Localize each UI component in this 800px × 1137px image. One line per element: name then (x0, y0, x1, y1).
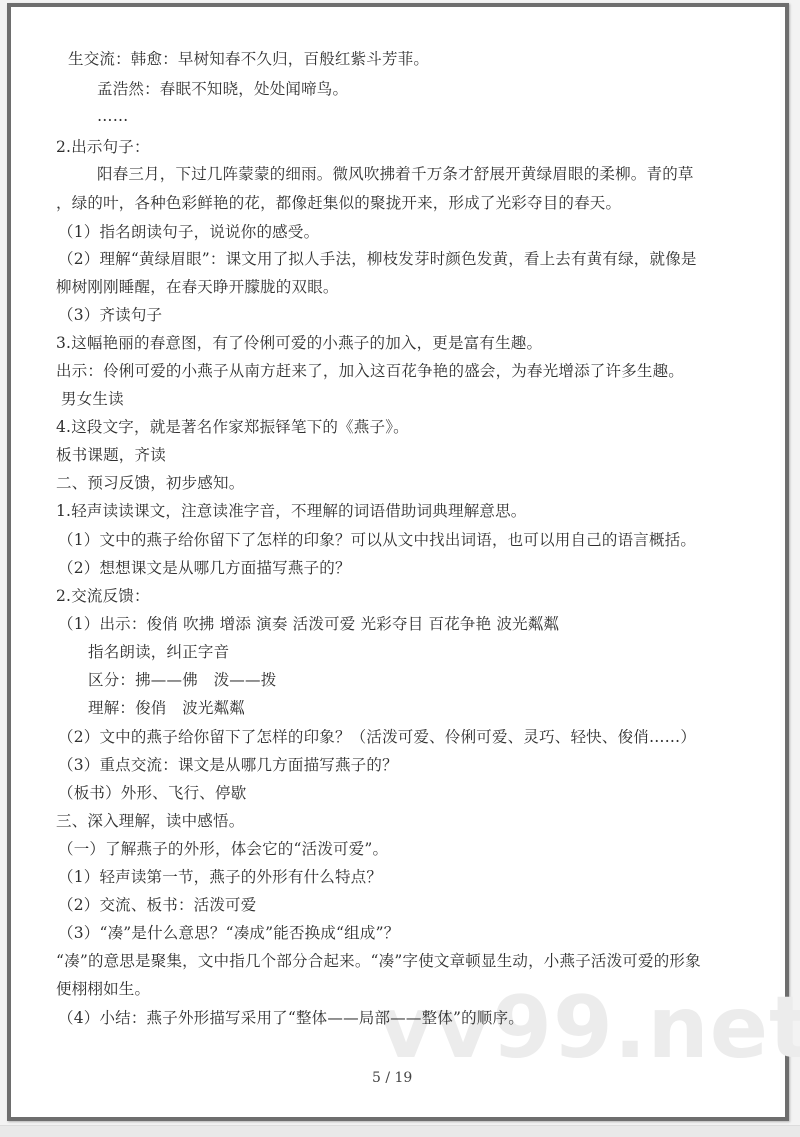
text-line: 阳春三月，下过几阵蒙蒙的细雨。微风吹拂着千万条才舒展开黄绿眉眼的柔柳。青的草 (97, 164, 694, 184)
text-line: 便栩栩如生。 (56, 979, 150, 999)
text-line: （3）重点交流：课文是从哪几方面描写燕子的？ (58, 755, 398, 775)
section-heading: 2.出示句子： (56, 137, 150, 157)
text-line: 生交流：韩愈：早树知春不久归，百般红紫斗芳菲。 (68, 49, 429, 69)
text-line: 板书课题，齐读 (56, 445, 166, 465)
text-line: “凑”的意思是聚集，文中指几个部分合起来。“凑”字使文章顿显生动，小燕子活泼可爱… (56, 951, 701, 971)
text-line: （3）齐读句子 (58, 305, 162, 325)
section-heading: 3.这幅艳丽的春意图，有了伶俐可爱的小燕子的加入，更是富有生趣。 (56, 333, 542, 353)
section-heading: 1.轻声读读课文，注意读准字音，不理解的词语借助词典理解意思。 (56, 501, 527, 521)
text-line: 出示：伶俐可爱的小燕子从南方赶来了，加入这百花争艳的盛会，为春光增添了许多生趣。 (56, 361, 684, 381)
text-line: （1）指名朗读句子，说说你的感受。 (58, 222, 319, 242)
text-line: （一）了解燕子的外形，体会它的“活泼可爱”。 (58, 839, 388, 859)
text-line: 柳树刚刚睡醒，在春天睁开朦胧的双眼。 (56, 277, 339, 297)
text-line: （2）想想课文是从哪几方面描写燕子的？ (58, 558, 351, 578)
text-line: （板书）外形、飞行、停歇 (58, 783, 246, 803)
page-number: 5 / 19 (372, 1070, 412, 1086)
text-line: （4）小结：燕子外形描写采用了“整体——局部——整体”的顺序。 (58, 1008, 524, 1028)
text-line: （1）出示：俊俏 吹拂 增添 演奏 活泼可爱 光彩夺目 百花争艳 波光粼粼 (58, 614, 559, 634)
text-line: 理解：俊俏 波光粼粼 (88, 698, 245, 718)
section-heading: 4.这段文字，就是著名作家郑振铎笔下的《燕子》。 (56, 417, 409, 437)
text-line: 男女生读 (61, 389, 124, 409)
text-line: （2）理解“黄绿眉眼”：课文用了拟人手法，柳枝发芽时颜色发黄，看上去有黄有绿，就… (58, 249, 697, 269)
text-line: 孟浩然：春眠不知晓，处处闻啼鸟。 (97, 79, 348, 99)
text-line: （3）“凑”是什么意思？“凑成”能否换成“组成”？ (58, 923, 399, 943)
text-line: ，绿的叶，各种色彩鲜艳的花，都像赶集似的聚拢开来，形成了光彩夺目的春天。 (56, 193, 621, 213)
section-heading: 二、预习反馈，初步感知。 (56, 473, 244, 493)
text-line: 指名朗读，纠正字音 (88, 642, 229, 662)
text-line: …… (97, 106, 128, 126)
section-heading: 2.交流反馈： (56, 586, 150, 606)
text-line: （2）文中的燕子给你留下了怎样的印象？（活泼可爱、伶俐可爱、灵巧、轻快、俊俏……… (58, 727, 696, 747)
text-line: 区分：拂——佛 泼——拨 (88, 670, 276, 690)
page-content: 生交流：韩愈：早树知春不久归，百般红紫斗芳菲。 孟浩然：春眠不知晓，处处闻啼鸟。… (0, 0, 800, 1137)
text-line: （1）文中的燕子给你留下了怎样的印象？可以从文中找出词语，也可以用自己的语言概括… (58, 530, 696, 550)
text-line: （1）轻声读第一节，燕子的外形有什么特点？ (58, 867, 382, 887)
text-line: （2）交流、板书：活泼可爱 (58, 895, 256, 915)
section-heading: 三、深入理解，读中感悟。 (56, 811, 244, 831)
